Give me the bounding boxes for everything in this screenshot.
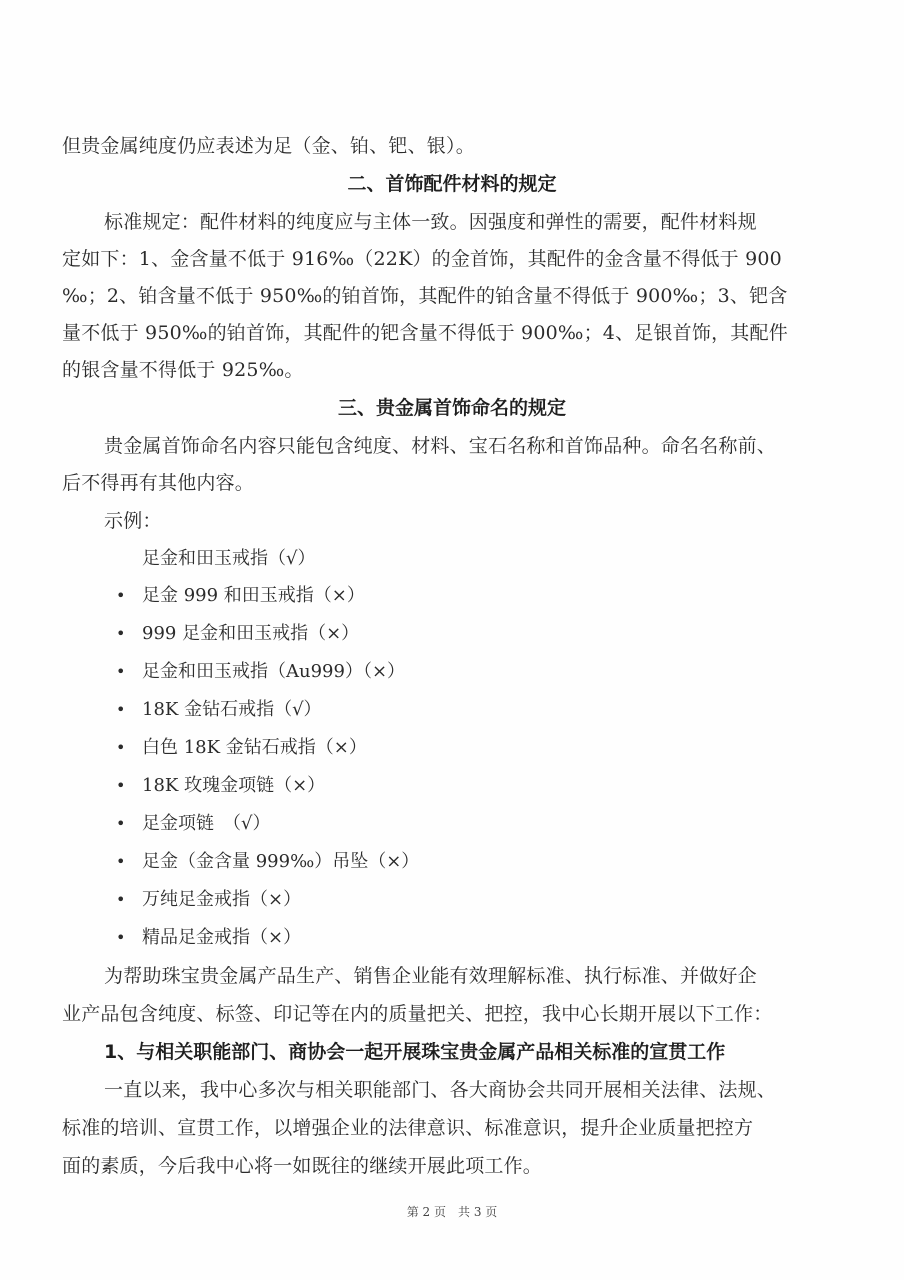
bullet-icon: • (116, 736, 125, 760)
example-item: 足金和田玉戒指（Au999）（×） (142, 660, 405, 684)
paragraph-line: 定如下：1、金含量不低于 916‰（22K）的金首饰，其配件的金含量不得低于 9… (62, 247, 782, 271)
bullet-icon: • (116, 660, 125, 684)
example-item: 足金项链 （√） (142, 812, 270, 836)
section-heading-naming-rules: 三、贵金属首饰命名的规定 (0, 396, 904, 420)
page-number-footer: 第 2 页 共 3 页 (0, 1203, 904, 1220)
bullet-icon: • (116, 850, 125, 874)
example-item: 精品足金戒指（×） (142, 926, 301, 950)
section-heading-accessory-materials: 二、首饰配件材料的规定 (0, 172, 904, 196)
bullet-icon: • (116, 812, 125, 836)
paragraph-line: 业产品包含纯度、标签、印记等在内的质量把关、把控，我中心长期开展以下工作： (62, 1002, 772, 1026)
paragraph-line: ‰；2、铂含量不低于 950‰的铂首饰，其配件的铂含量不得低于 900‰；3、钯… (62, 284, 787, 308)
paragraph-line: 量不低于 950‰的铂首饰，其配件的钯含量不得低于 900‰；4、足银首饰，其配… (62, 321, 788, 345)
paragraph-line: 的银含量不得低于 925‰。 (62, 358, 304, 382)
bullet-icon: • (116, 698, 125, 722)
example-item: 万纯足金戒指（×） (142, 888, 301, 912)
examples-label: 示例： (104, 509, 162, 533)
document-page: 但贵金属纯度仍应表述为足（金、铂、钯、银）。 二、首饰配件材料的规定 标准规定：… (0, 0, 904, 1280)
bullet-icon: • (116, 774, 125, 798)
paragraph-line: 一直以来，我中心多次与相关职能部门、各大商协会共同开展相关法律、法规、 (104, 1078, 776, 1102)
continuation-text: 但贵金属纯度仍应表述为足（金、铂、钯、银）。 (62, 134, 475, 158)
bullet-icon: • (116, 926, 125, 950)
example-item: 999 足金和田玉戒指（×） (142, 622, 359, 646)
example-item: 18K 玫瑰金项链（×） (142, 774, 325, 798)
paragraph-line: 面的素质，今后我中心将一如既往的继续开展此项工作。 (62, 1154, 542, 1178)
bullet-icon: • (116, 888, 125, 912)
example-item: 足金 999 和田玉戒指（×） (142, 584, 365, 608)
example-item: 足金和田玉戒指（√） (142, 547, 315, 571)
paragraph-line: 标准规定：配件材料的纯度应与主体一致。因强度和弹性的需要，配件材料规 (104, 210, 757, 234)
example-item: 足金（金含量 999‰）吊坠（×） (142, 850, 419, 874)
example-item: 白色 18K 金钻石戒指（×） (142, 736, 367, 760)
paragraph-line: 贵金属首饰命名内容只能包含纯度、材料、宝石名称和首饰品种。命名名称前、 (104, 434, 776, 458)
paragraph-line: 标准的培训、宣贯工作，以增强企业的法律意识、标准意识，提升企业质量把控方 (62, 1116, 753, 1140)
bullet-icon: • (116, 584, 125, 608)
paragraph-line: 后不得再有其他内容。 (62, 471, 254, 495)
bullet-icon: • (116, 622, 125, 646)
example-item: 18K 金钻石戒指（√） (142, 698, 322, 722)
paragraph-line: 为帮助珠宝贵金属产品生产、销售企业能有效理解标准、执行标准、并做好企 (104, 964, 757, 988)
work-item-heading: 1、与相关职能部门、商协会一起开展珠宝贵金属产品相关标准的宣贯工作 (104, 1040, 725, 1064)
